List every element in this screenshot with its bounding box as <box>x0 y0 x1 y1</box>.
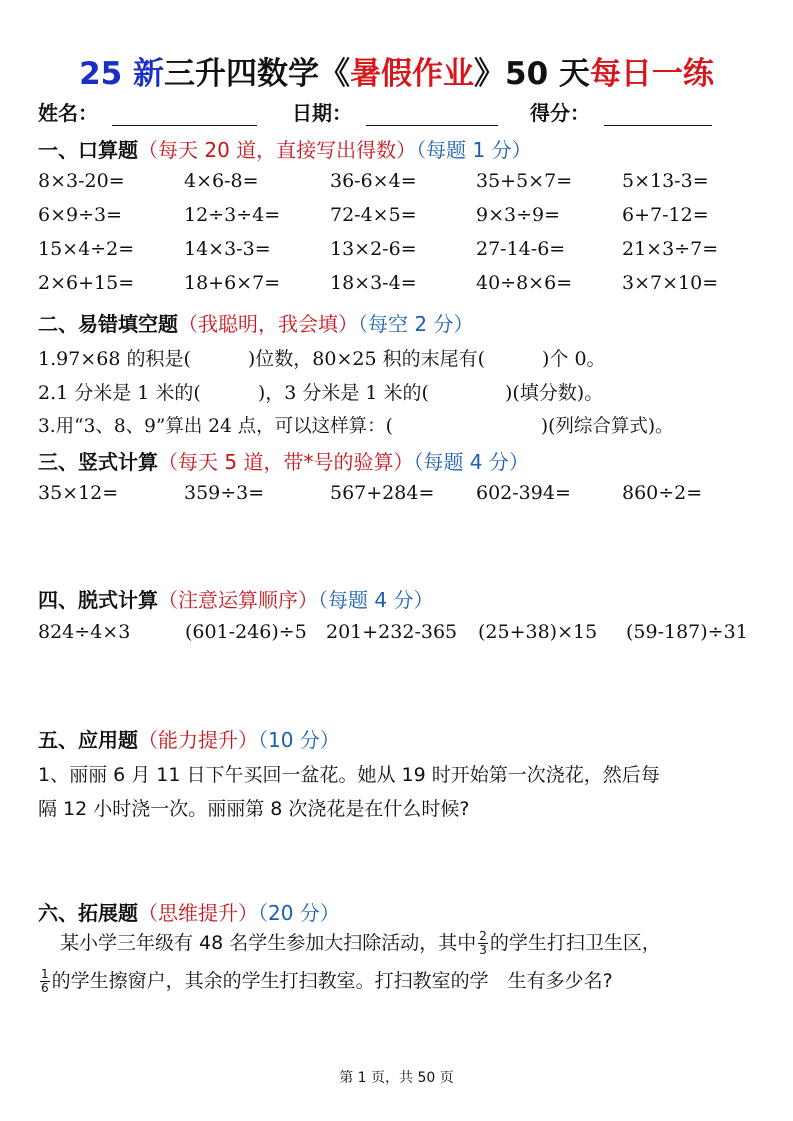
problem: 18×3-4= <box>330 272 417 294</box>
extension-problem-line-1: 某小学三年级有 48 名学生参加大扫除活动，其中23的学生打扫卫生区， <box>60 928 661 957</box>
word-problem-line: 隔 12 小时浇一次。丽丽第 8 次浇花是在什么时候? <box>38 794 470 821</box>
date-label: 日期： <box>292 101 352 125</box>
section-6-header: 六、拓展题（思维提升）（20 分） <box>38 897 340 926</box>
title-days: 》50 天 <box>474 56 590 92</box>
problem: (601-246)÷5 <box>185 621 307 643</box>
denominator: 3 <box>478 944 488 957</box>
problem: 4×6-8= <box>184 170 259 192</box>
score-label: 得分： <box>530 101 590 125</box>
mental-math-grid: 8×3-20= 4×6-8= 36-6×4= 35+5×7= 5×13-3= 6… <box>0 170 793 310</box>
fill-blank-question: 1.97×68 的积是( )位数，80×25 积的末尾有( )个 0。 <box>38 344 606 371</box>
section-note: （我聪明，我会填） <box>178 312 358 336</box>
problem: 9×3÷9= <box>476 204 560 226</box>
score-blank[interactable] <box>604 105 712 126</box>
section-1-header: 一、口算题（每天 20 道，直接写出得数）（每题 1 分） <box>38 134 532 163</box>
section-4-header: 四、脱式计算（注意运算顺序）（每题 4 分） <box>38 584 433 613</box>
section-note: （每天 5 道，带*号的验算） <box>158 450 413 474</box>
problem: 21×3÷7= <box>622 238 718 260</box>
section-heading: 四、脱式计算 <box>38 588 158 612</box>
problem: 201+232-365 <box>326 621 457 643</box>
worksheet-title: 25 新三升四数学《暑假作业》50 天每日一练 <box>0 48 793 93</box>
problem: 40÷8×6= <box>476 272 572 294</box>
problem: 13×2-6= <box>330 238 417 260</box>
fraction-two-thirds: 23 <box>478 930 488 957</box>
page-number: 第 1 页，共 50 页 <box>0 1067 793 1087</box>
problem: 602-394= <box>476 482 571 504</box>
problem: 860÷2= <box>622 482 702 504</box>
section-points: （每题 1 分） <box>416 138 531 162</box>
section-points: （每空 2 分） <box>358 312 473 336</box>
problem: 3×7×10= <box>622 272 718 294</box>
section-heading: 三、竖式计算 <box>38 450 158 474</box>
problem: (25+38)×15 <box>478 621 597 643</box>
problem: 6×9÷3= <box>38 204 122 226</box>
section-points: （每题 4 分） <box>318 588 433 612</box>
problem-text: 的学生打扫卫生区， <box>490 932 661 954</box>
title-daily: 每日一练 <box>590 56 714 92</box>
fill-blank-question: 2.1 分米是 1 米的( )，3 分米是 1 米的( )(填分数)。 <box>38 378 603 405</box>
section-heading: 六、拓展题 <box>38 901 138 925</box>
section-note: （能力提升） <box>138 728 258 752</box>
section-2-header: 二、易错填空题（我聪明，我会填）（每空 2 分） <box>38 308 473 337</box>
problem: 15×4÷2= <box>38 238 134 260</box>
problem: 27-14-6= <box>476 238 565 260</box>
section-note: （每天 20 道，直接写出得数） <box>138 138 416 162</box>
fill-blank-question: 3.用“3、8、9”算出 24 点，可以这样算：( )(列综合算式)。 <box>38 412 674 438</box>
problem: 35×12= <box>38 482 118 504</box>
problem: 72-4×5= <box>330 204 417 226</box>
section-points: （10 分） <box>258 728 340 752</box>
denominator: 6 <box>40 982 50 995</box>
numerator: 2 <box>478 930 488 944</box>
problem: 2×6+15= <box>38 272 134 294</box>
word-problem-line: 1、丽丽 6 月 11 日下午买回一盆花。她从 19 时开始第一次浇花，然后每 <box>38 760 660 787</box>
section-heading: 一、口算题 <box>38 138 138 162</box>
section-note: （思维提升） <box>138 901 258 925</box>
problem: 359÷3= <box>184 482 264 504</box>
date-field[interactable]: 日期： <box>292 97 498 126</box>
problem: 14×3-3= <box>184 238 271 260</box>
score-field[interactable]: 得分： <box>530 97 712 126</box>
section-points: （每题 4 分） <box>413 450 528 474</box>
date-blank[interactable] <box>366 105 498 126</box>
fraction-one-sixth: 16 <box>40 968 50 995</box>
problem: 6+7-12= <box>622 204 709 226</box>
section-note: （注意运算顺序） <box>158 588 318 612</box>
name-blank[interactable] <box>112 105 257 126</box>
problem: 824÷4×3 <box>38 621 130 643</box>
section-heading: 五、应用题 <box>38 728 138 752</box>
section-3-header: 三、竖式计算（每天 5 道，带*号的验算）（每题 4 分） <box>38 446 529 475</box>
problem: 567+284= <box>330 482 434 504</box>
numerator: 1 <box>40 968 50 982</box>
problem: 18+6×7= <box>184 272 280 294</box>
problem: 35+5×7= <box>476 170 572 192</box>
extension-problem-line-2: 16的学生擦窗户，其余的学生打扫教室。打扫教室的学 生有多少名? <box>38 966 613 995</box>
name-field[interactable]: 姓名： <box>38 97 257 126</box>
problem: 8×3-20= <box>38 170 125 192</box>
section-points: （20 分） <box>258 901 340 925</box>
name-label: 姓名： <box>38 101 98 125</box>
title-main: 三升四数学《 <box>164 56 350 92</box>
title-highlight: 暑假作业 <box>350 56 474 92</box>
problem: 5×13-3= <box>622 170 709 192</box>
problem: 12÷3÷4= <box>184 204 280 226</box>
section-heading: 二、易错填空题 <box>38 312 178 336</box>
problem-text: 某小学三年级有 48 名学生参加大扫除活动，其中 <box>60 932 476 954</box>
problem-text: 的学生擦窗户，其余的学生打扫教室。打扫教室的学 生有多少名? <box>52 970 613 992</box>
problem: 36-6×4= <box>330 170 417 192</box>
title-prefix: 25 新 <box>79 56 164 92</box>
problem: (59-187)÷31 <box>626 621 748 643</box>
section-5-header: 五、应用题（能力提升）（10 分） <box>38 724 340 753</box>
